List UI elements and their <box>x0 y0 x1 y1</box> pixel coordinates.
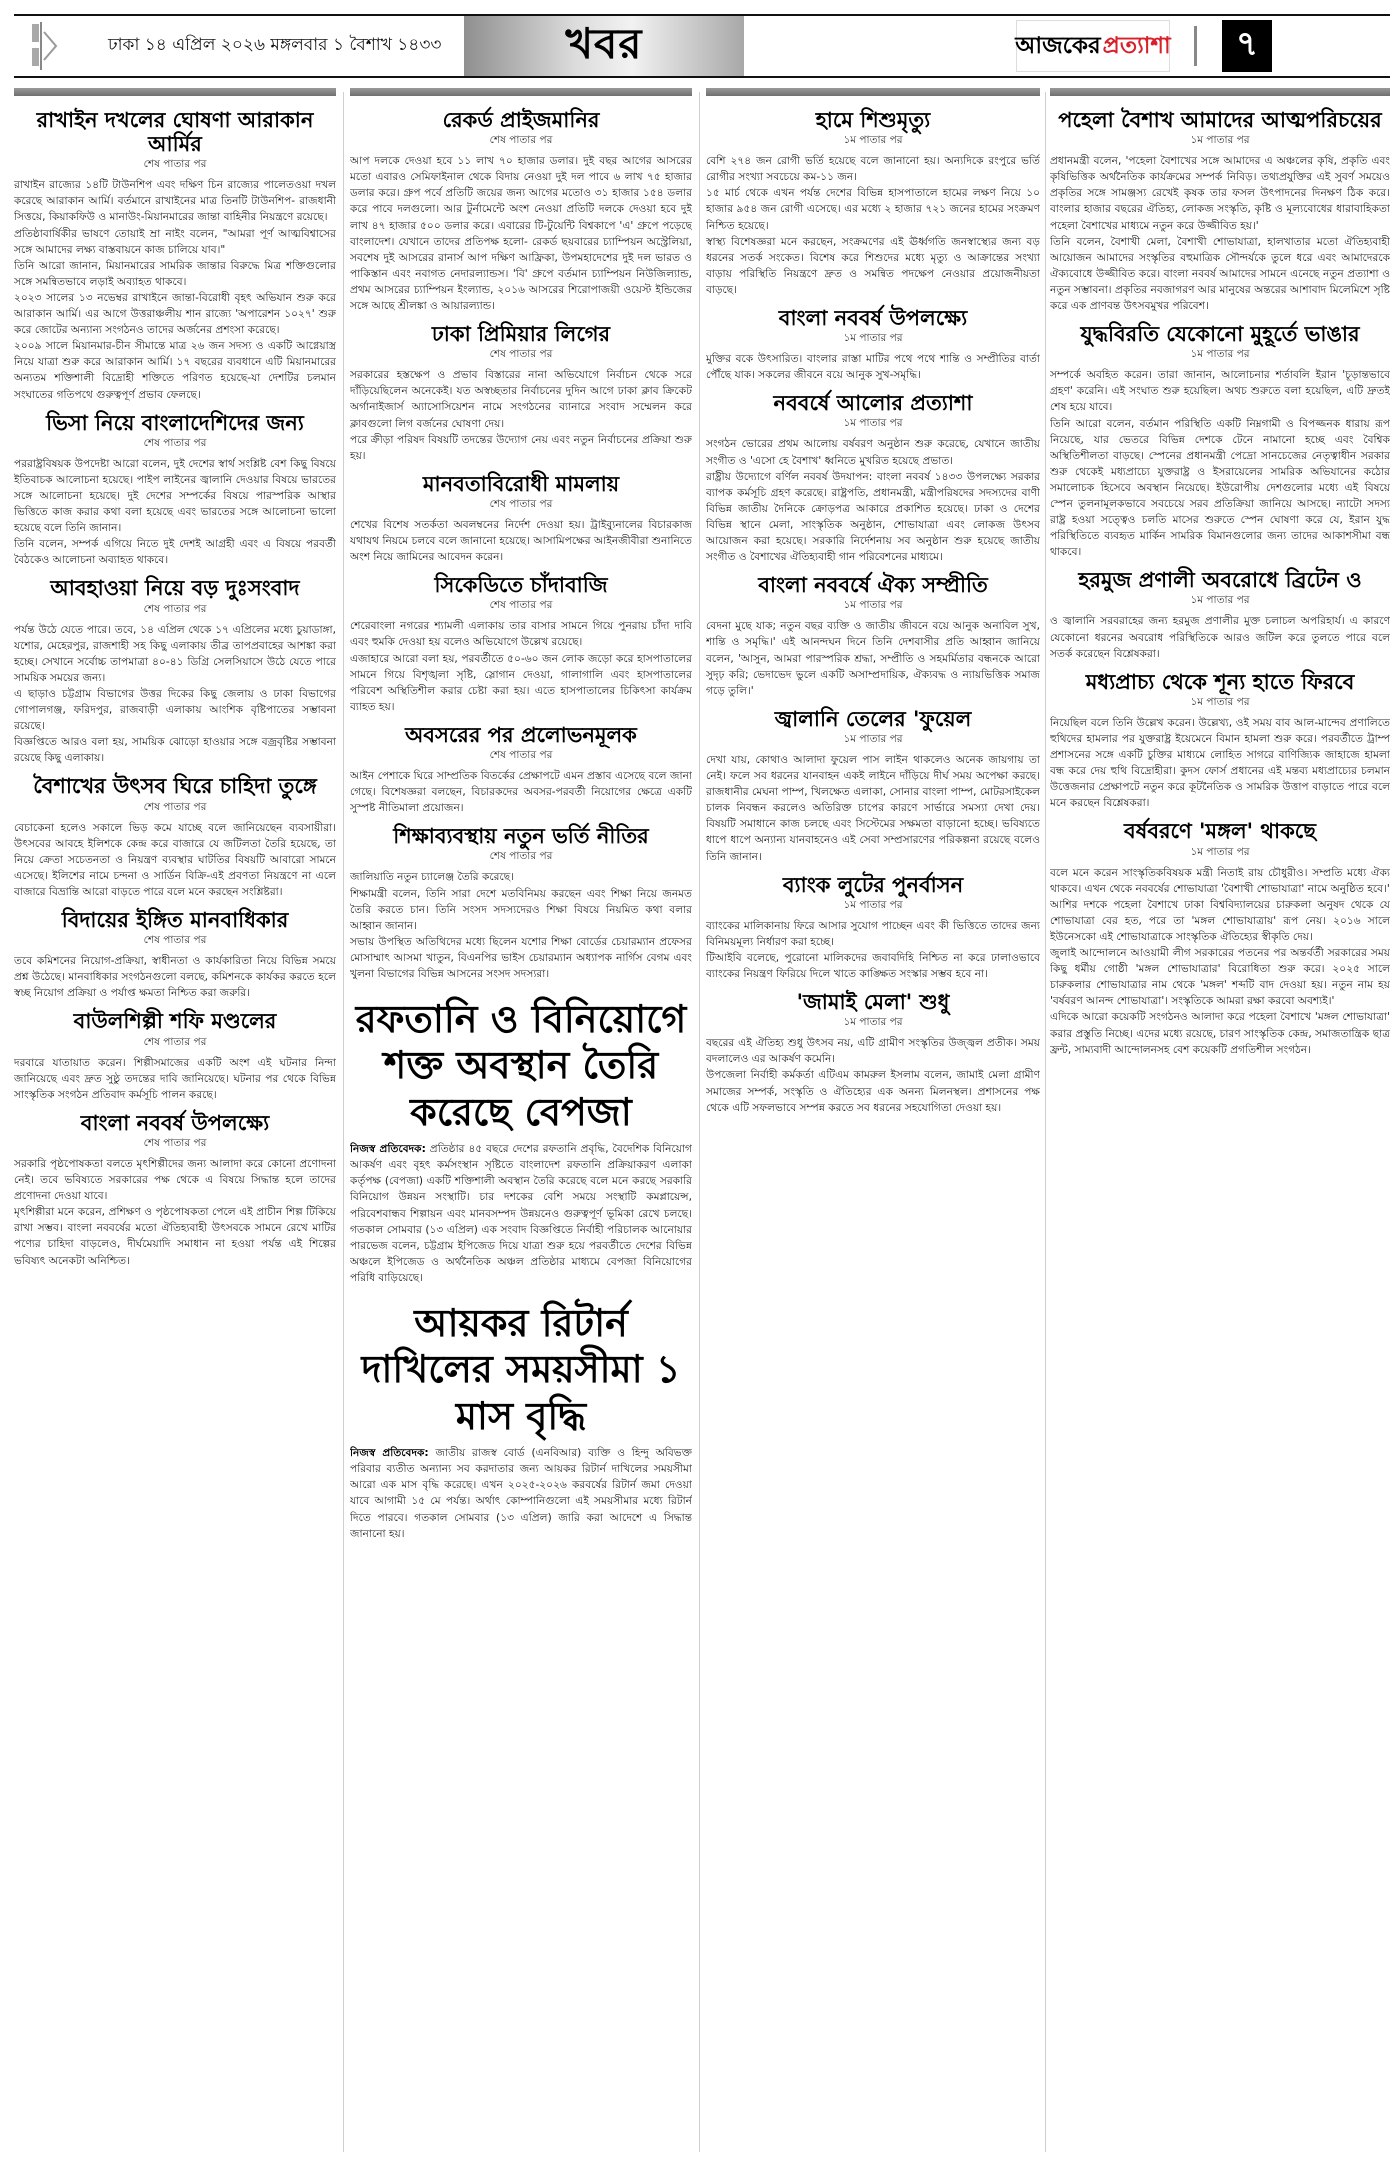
news-story: বাংলা নববর্ষ উপলক্ষ্যেশেষ পাতার পরসরকারি… <box>14 1111 336 1269</box>
story-headline[interactable]: রেকর্ড প্রাইজমানির <box>350 108 692 132</box>
story-paragraph: ২০২৩ সালের ১৩ নভেম্বর রাখাইনে জান্তা-বির… <box>14 290 336 338</box>
story-headline[interactable]: বৈশাখের উৎসব ঘিরে চাহিদা তুঙ্গে <box>14 774 336 798</box>
feature-headline[interactable]: আয়কর রিটার্ন দাখিলের সময়সীমা ১ মাস বৃদ… <box>350 1300 692 1439</box>
story-paragraph: বলে মনে করেন সাংস্কৃতিকবিষয়ক মন্ত্রী নি… <box>1050 865 1390 897</box>
news-story: ঢাকা প্রিমিয়ার লিগেরশেষ পাতার পরসরকারের… <box>350 322 692 464</box>
story-paragraph: বছরের এই ঐতিহ্য শুধু উৎসব নয়, এটি গ্রাম… <box>706 1035 1040 1067</box>
continued-from-label: ১ম পাতার পর <box>1050 133 1390 150</box>
news-story: মধ্যপ্রাচ্য থেকে শূন্য হাতে ফিরবে১ম পাতা… <box>1050 670 1390 812</box>
continued-from-label: ১ম পাতার পর <box>1050 845 1390 862</box>
continued-from-label: শেষ পাতার পর <box>350 133 692 150</box>
news-story: বৈশাখের উৎসব ঘিরে চাহিদা তুঙ্গেশেষ পাতার… <box>14 774 336 900</box>
news-story: যুদ্ধবিরতি যেকোনো মুহূর্তে ভাঙার১ম পাতার… <box>1050 322 1390 560</box>
news-story: বাউলশিল্পী শফি মণ্ডলেরশেষ পাতার পরদরবারে… <box>14 1009 336 1102</box>
news-story: 'জামাই মেলা' শুধু১ম পাতার পরবছরের এই ঐতি… <box>706 990 1040 1116</box>
story-paragraph: রাষ্ট্রীয় উদ্যোগে বর্ণিল নববর্ষ উদযাপন:… <box>706 469 1040 566</box>
story-headline[interactable]: হরমুজ প্রণালী অবরোধে ব্রিটেন ও <box>1050 568 1390 592</box>
story-body: বেদনা মুছে যাক; নতুন বছর ব্যক্তি ও জাতীয… <box>706 618 1040 698</box>
continued-from-label: শেষ পাতার পর <box>14 602 336 619</box>
story-headline[interactable]: ব্যাংক লুটের পুনর্বাসন <box>706 873 1040 897</box>
column-header-bar <box>14 88 336 96</box>
continued-from-label: ১ম পাতার পর <box>1050 695 1390 712</box>
masthead: ঢাকা ১৪ এপ্রিল ২০২৬ মঙ্গলবার ১ বৈশাখ ১৪৩… <box>14 14 1390 78</box>
news-story: বাংলা নববর্ষ উপলক্ষ্যে১ম পাতার পরমুক্তির… <box>706 306 1040 383</box>
story-headline[interactable]: ঢাকা প্রিমিয়ার লিগের <box>350 322 692 346</box>
column-3: হামে শিশুমৃত্যু১ম পাতার পরবেশি ২৭৪ জন রো… <box>706 88 1040 2158</box>
continued-from-label: শেষ পাতার পর <box>14 933 336 950</box>
column-divider <box>1045 92 1046 2152</box>
feature-story: আয়কর রিটার্ন দাখিলের সময়সীমা ১ মাস বৃদ… <box>350 1300 692 1542</box>
story-headline[interactable]: মধ্যপ্রাচ্য থেকে শূন্য হাতে ফিরবে <box>1050 670 1390 694</box>
continued-from-label: ১ম পাতার পর <box>706 1015 1040 1032</box>
news-story: আবহাওয়া নিয়ে বড় দুঃসংবাদশেষ পাতার পরপ… <box>14 576 336 766</box>
story-paragraph: আপ দলকে দেওয়া হবে ১১ লাখ ৭০ হাজার ডলার।… <box>350 153 692 314</box>
column-2: রেকর্ড প্রাইজমানিরশেষ পাতার পরআপ দলকে দে… <box>350 88 692 2158</box>
logo-text-part1: আজকের <box>1015 27 1100 66</box>
story-headline[interactable]: জ্বালানি তেলের 'ফুয়েল <box>706 707 1040 731</box>
story-headline[interactable]: বাংলা নববর্ষ উপলক্ষ্যে <box>14 1111 336 1135</box>
continued-from-label: শেষ পাতার পর <box>14 800 336 817</box>
story-paragraph: তিনি বলেন, বৈশাখী মেলা, বৈশাখী শোভাযাত্র… <box>1050 234 1390 314</box>
story-headline[interactable]: শিক্ষাব্যবস্থায় নতুন ভর্তি নীতির <box>350 824 692 848</box>
masthead-divider <box>1194 26 1197 66</box>
news-story: বর্ষবরণে 'মঙ্গল' থাকছে১ম পাতার পরবলে মনে… <box>1050 819 1390 1057</box>
story-paragraph: মুক্তির বকে উৎসারিত। বাংলার রাস্তা মাটির… <box>706 351 1040 383</box>
story-body: নিয়েছিল বলে তিনি উল্লেখ করেন। উল্লেখ্য,… <box>1050 715 1390 812</box>
story-paragraph: ১৫ মার্চ থেকে এখন পর্যন্ত দেশের বিভিন্ন … <box>706 185 1040 233</box>
story-body: সম্পর্কে অবহিত করেন। তারা জানান, আলোচনার… <box>1050 367 1390 560</box>
story-paragraph: নিজস্ব প্রতিবেদক: প্রতিষ্ঠার ৪৫ বছরে দেশ… <box>350 1141 692 1286</box>
story-paragraph: জালিয়াতি নতুন চ্যালেঞ্জ তৈরি করেছে। <box>350 869 692 885</box>
section-banner: খবর <box>464 16 744 76</box>
story-headline[interactable]: বাংলা নববর্ষে ঐক্য সম্প্রীতি <box>706 573 1040 597</box>
continued-from-label: ১ম পাতার পর <box>706 416 1040 433</box>
feature-story: রফতানি ও বিনিয়োগে শক্ত অবস্থান তৈরি করে… <box>350 996 692 1286</box>
column-header-bar <box>706 88 1040 96</box>
continued-from-label: শেষ পাতার পর <box>350 849 692 866</box>
news-story: বিদায়ের ইঙ্গিত মানবাধিকারশেষ পাতার পরতব… <box>14 908 336 1001</box>
story-body: ও জ্বালানি সরবরাহের জন্য হরমুজ প্রণালীর … <box>1050 613 1390 661</box>
story-body: বেশি ২৭৪ জন রোগী ভর্তি হয়েছে বলে জানানো… <box>706 153 1040 298</box>
continued-from-label: ১ম পাতার পর <box>706 331 1040 348</box>
story-body: আইন পেশাকে ঘিরে সাম্প্রতিক বিতর্কের প্রে… <box>350 768 692 816</box>
news-story: রাখাইন দখলের ঘোষণা আরাকান আর্মিরশেষ পাতা… <box>14 108 336 403</box>
story-headline[interactable]: বর্ষবরণে 'মঙ্গল' থাকছে <box>1050 819 1390 843</box>
news-story: বাংলা নববর্ষে ঐক্য সম্প্রীতি১ম পাতার পরব… <box>706 573 1040 699</box>
feature-headline[interactable]: রফতানি ও বিনিয়োগে শক্ত অবস্থান তৈরি করে… <box>350 996 692 1135</box>
column-header-bar <box>350 88 692 96</box>
story-headline[interactable]: রাখাইন দখলের ঘোষণা আরাকান আর্মির <box>14 108 336 156</box>
story-body: বেচাকেনা হলেও সকালে ভিড় কমে যাচ্ছে বলে … <box>14 820 336 900</box>
story-paragraph: ২০০৯ সালে মিয়ানমার-চীন সীমান্তে মাত্র ২… <box>14 338 336 402</box>
story-headline[interactable]: আবহাওয়া নিয়ে বড় দুঃসংবাদ <box>14 576 336 600</box>
story-paragraph: তিনি আরো বলেন, বর্তমান পরিস্থিতি একটি নি… <box>1050 416 1390 561</box>
story-body: মুক্তির বকে উৎসারিত। বাংলার রাস্তা মাটির… <box>706 351 1040 383</box>
continued-from-label: ১ম পাতার পর <box>706 598 1040 615</box>
story-body: রাখাইন রাজ্যের ১৪টি টাউনশিপ এবং দক্ষিণ চ… <box>14 177 336 402</box>
story-body: পররাষ্ট্রবিষয়ক উপদেষ্টা আরো বলেন, দুই দ… <box>14 456 336 569</box>
news-story: ব্যাংক লুটের পুনর্বাসন১ম পাতার পরব্যাংকে… <box>706 873 1040 983</box>
column-divider <box>699 92 700 2152</box>
news-story: হরমুজ প্রণালী অবরোধে ব্রিটেন ও১ম পাতার প… <box>1050 568 1390 661</box>
story-headline[interactable]: নববর্ষে আলোর প্রত্যাশা <box>706 391 1040 415</box>
page-number: ৭ <box>1222 20 1272 72</box>
news-story: মানবতাবিরোধী মামলায়শেষ পাতার পরশেখের বি… <box>350 472 692 565</box>
story-headline[interactable]: বিদায়ের ইঙ্গিত মানবাধিকার <box>14 908 336 932</box>
news-story: শিক্ষাব্যবস্থায় নতুন ভর্তি নীতিরশেষ পাত… <box>350 824 692 982</box>
news-story: জ্বালানি তেলের 'ফুয়েল১ম পাতার পরদেখা যা… <box>706 707 1040 865</box>
story-body: তবে কমিশনের নিয়োগ-প্রক্রিয়া, স্বাধীনতা… <box>14 953 336 1001</box>
story-body: পর্যন্ত উঠে যেতে পারে। তবে, ১৪ এপ্রিল থে… <box>14 622 336 767</box>
story-body: সরকারের হস্তক্ষেপ ও প্রভাব বিস্তারের নান… <box>350 367 692 464</box>
story-paragraph: তবে কমিশনের নিয়োগ-প্রক্রিয়া, স্বাধীনতা… <box>14 953 336 1001</box>
arrow-icon <box>26 20 68 72</box>
story-paragraph: নিয়েছিল বলে তিনি উল্লেখ করেন। উল্লেখ্য,… <box>1050 715 1390 812</box>
story-body: নিজস্ব প্রতিবেদক: প্রতিষ্ঠার ৪৫ বছরে দেশ… <box>350 1141 692 1286</box>
continued-from-label: শেষ পাতার পর <box>14 1035 336 1052</box>
story-paragraph: বেচাকেনা হলেও সকালে ভিড় কমে যাচ্ছে বলে … <box>14 820 336 900</box>
story-paragraph: এদিকে আরো কয়েকটি সংগঠনও আলাদা করে পহেলা… <box>1050 1009 1390 1057</box>
story-headline[interactable]: পহেলা বৈশাখ আমাদের আত্মপরিচয়ের <box>1050 108 1390 132</box>
newspaper-logo[interactable]: আজকের প্রত্যাশা <box>1016 20 1170 72</box>
story-body: শেখের বিশেষ সতর্কতা অবলম্বনের নির্দেশ দে… <box>350 517 692 565</box>
story-paragraph: টিআইবি বলেছে, পুরোনো মালিকদের জবাবদিহি ন… <box>706 950 1040 982</box>
story-paragraph: নিজস্ব প্রতিবেদক: জাতীয় রাজস্ব বোর্ড (এ… <box>350 1445 692 1542</box>
story-paragraph: সরকারের হস্তক্ষেপ ও প্রভাব বিস্তারের নান… <box>350 367 692 431</box>
story-body: বলে মনে করেন সাংস্কৃতিকবিষয়ক মন্ত্রী নি… <box>1050 865 1390 1058</box>
story-body: দরবারে যাতায়াত করেন। শিল্পীসমাজের একটি … <box>14 1055 336 1103</box>
paragraph-text: প্রতিষ্ঠার ৪৫ বছরে দেশের রফতানি প্রবৃদ্ধ… <box>350 1143 692 1284</box>
story-headline[interactable]: বাউলশিল্পী শফি মণ্ডলের <box>14 1009 336 1033</box>
continued-from-label: শেষ পাতার পর <box>350 748 692 765</box>
continued-from-label: শেষ পাতার পর <box>14 1136 336 1153</box>
continued-from-label: শেষ পাতার পর <box>350 347 692 364</box>
story-paragraph: সম্পর্কে অবহিত করেন। তারা জানান, আলোচনার… <box>1050 367 1390 415</box>
news-story: পহেলা বৈশাখ আমাদের আত্মপরিচয়ের১ম পাতার … <box>1050 108 1390 314</box>
story-headline[interactable]: অবসরের পর প্রলোভনমূলক <box>350 723 692 747</box>
news-story: সিকেডিতে চাঁদাবাজিশেষ পাতার পরশেরেবাংলা … <box>350 573 692 715</box>
story-paragraph: রাখাইন রাজ্যের ১৪টি টাউনশিপ এবং দক্ষিণ চ… <box>14 177 336 225</box>
story-paragraph: বিজ্ঞপ্তিতে আরও বলা হয়, সাময়িক ঝোড়ো হ… <box>14 734 336 766</box>
continued-from-label: শেষ পাতার পর <box>350 497 692 514</box>
story-body: নিজস্ব প্রতিবেদক: জাতীয় রাজস্ব বোর্ড (এ… <box>350 1445 692 1542</box>
story-body: আপ দলকে দেওয়া হবে ১১ লাখ ৭০ হাজার ডলার।… <box>350 153 692 314</box>
column-divider <box>343 92 344 2152</box>
story-headline[interactable]: 'জামাই মেলা' শুধু <box>706 990 1040 1014</box>
story-paragraph: প্রতিষ্ঠাবার্ষিকীর ভাষণে তোয়াই ম্রা নাই… <box>14 226 336 258</box>
byline: নিজস্ব প্রতিবেদক: <box>350 1447 429 1459</box>
continued-from-label: ১ম পাতার পর <box>706 133 1040 150</box>
story-paragraph: এ ছাড়াও চট্টগ্রাম বিভাগের উত্তর দিকের ক… <box>14 686 336 734</box>
column-4: পহেলা বৈশাখ আমাদের আত্মপরিচয়ের১ম পাতার … <box>1050 88 1390 2158</box>
news-story: হামে শিশুমৃত্যু১ম পাতার পরবেশি ২৭৪ জন রো… <box>706 108 1040 298</box>
story-paragraph: বেদনা মুছে যাক; নতুন বছর ব্যক্তি ও জাতীয… <box>706 618 1040 698</box>
story-paragraph: এজাহারে আরো বলা হয়, পরবর্তীতে ৫০-৬০ জন … <box>350 651 692 715</box>
continued-from-label: ১ম পাতার পর <box>1050 593 1390 610</box>
continued-from-label: ১ম পাতার পর <box>1050 347 1390 364</box>
story-paragraph: তিনি বলেন, সম্পর্ক এগিয়ে নিতে দুই দেশই … <box>14 536 336 568</box>
story-body: সরকারি পৃষ্ঠপোষকতা বলতে মৃৎশিল্পীদের জন্… <box>14 1156 336 1269</box>
story-paragraph: মৃৎশিল্পীরা মনে করেন, প্রশিক্ষণ ও পৃষ্ঠপ… <box>14 1204 336 1268</box>
story-paragraph: উপজেলা নির্বাহী কর্মকর্তা এটিএম কামরুল ই… <box>706 1067 1040 1115</box>
story-paragraph: সংগঠন ভোরের প্রথম আলোয় বর্ষবরণ অনুষ্ঠান… <box>706 436 1040 468</box>
story-paragraph: প্রধানমন্ত্রী বলেন, 'পহেলা বৈশাখের সঙ্গে… <box>1050 153 1390 233</box>
story-headline[interactable]: হামে শিশুমৃত্যু <box>706 108 1040 132</box>
story-paragraph: স্বাস্থ্য বিশেষজ্ঞরা মনে করছেন, সংক্রমণে… <box>706 234 1040 298</box>
story-body: ব্যাংকের মালিকানায় ফিরে আসার সুযোগ পাচ্… <box>706 918 1040 982</box>
story-paragraph: ব্যাংকের মালিকানায় ফিরে আসার সুযোগ পাচ্… <box>706 918 1040 950</box>
story-paragraph: ও জ্বালানি সরবরাহের জন্য হরমুজ প্রণালীর … <box>1050 613 1390 661</box>
story-body: দেখা যায়, কোথাও আলাদা ফুয়েল পাস লাইন থ… <box>706 752 1040 865</box>
story-paragraph: শেখের বিশেষ সতর্কতা অবলম্বনের নির্দেশ দে… <box>350 517 692 565</box>
continued-from-label: ১ম পাতার পর <box>706 732 1040 749</box>
story-body: শেরেবাংলা নগরের শ্যামলী এলাকায় তার বাসা… <box>350 618 692 715</box>
story-headline[interactable]: যুদ্ধবিরতি যেকোনো মুহূর্তে ভাঙার <box>1050 322 1390 346</box>
story-headline[interactable]: সিকেডিতে চাঁদাবাজি <box>350 573 692 597</box>
story-paragraph: আশির দশকে পহেলা বৈশাখে ঢাকা বিশ্ববিদ্যাল… <box>1050 897 1390 945</box>
story-paragraph: তিনি আরো জানান, মিয়ানমারের সামরিক জান্ত… <box>14 258 336 290</box>
story-paragraph: বেশি ২৭৪ জন রোগী ভর্তি হয়েছে বলে জানানো… <box>706 153 1040 185</box>
story-paragraph: সভায় উপস্থিত অতিথিদের মধ্যে ছিলেন যশোর … <box>350 934 692 982</box>
story-paragraph: পররাষ্ট্রবিষয়ক উপদেষ্টা আরো বলেন, দুই দ… <box>14 456 336 536</box>
story-paragraph: জুলাই আন্দোলনে আওয়ামী লীগ সরকারের পতনের… <box>1050 945 1390 1009</box>
paragraph-text: জাতীয় রাজস্ব বোর্ড (এনবিআর) ব্যক্তি ও হ… <box>350 1447 692 1539</box>
story-paragraph: পর্যন্ত উঠে যেতে পারে। তবে, ১৪ এপ্রিল থে… <box>14 622 336 686</box>
story-paragraph: শিক্ষামন্ত্রী বলেন, তিনি সারা দেশে মতবিন… <box>350 886 692 934</box>
story-paragraph: আইন পেশাকে ঘিরে সাম্প্রতিক বিতর্কের প্রে… <box>350 768 692 816</box>
story-body: প্রধানমন্ত্রী বলেন, 'পহেলা বৈশাখের সঙ্গে… <box>1050 153 1390 314</box>
story-paragraph: সরকারি পৃষ্ঠপোষকতা বলতে মৃৎশিল্পীদের জন্… <box>14 1156 336 1204</box>
story-paragraph: দরবারে যাতায়াত করেন। শিল্পীসমাজের একটি … <box>14 1055 336 1103</box>
story-headline[interactable]: ভিসা নিয়ে বাংলাদেশিদের জন্য <box>14 411 336 435</box>
story-body: জালিয়াতি নতুন চ্যালেঞ্জ তৈরি করেছে।শিক্… <box>350 869 692 982</box>
continued-from-label: শেষ পাতার পর <box>14 157 336 174</box>
story-paragraph: পরে ক্রীড়া পরিষদ বিষয়টি তদন্তের উদ্যোগ… <box>350 432 692 464</box>
column-1: রাখাইন দখলের ঘোষণা আরাকান আর্মিরশেষ পাতা… <box>14 88 336 2158</box>
story-paragraph: দেখা যায়, কোথাও আলাদা ফুয়েল পাস লাইন থ… <box>706 752 1040 865</box>
story-body: সংগঠন ভোরের প্রথম আলোয় বর্ষবরণ অনুষ্ঠান… <box>706 436 1040 565</box>
story-body: বছরের এই ঐতিহ্য শুধু উৎসব নয়, এটি গ্রাম… <box>706 1035 1040 1115</box>
continued-from-label: শেষ পাতার পর <box>350 598 692 615</box>
news-story: নববর্ষে আলোর প্রত্যাশা১ম পাতার পরসংগঠন ভ… <box>706 391 1040 565</box>
story-paragraph: শেরেবাংলা নগরের শ্যামলী এলাকায় তার বাসা… <box>350 618 692 650</box>
date-line: ঢাকা ১৪ এপ্রিল ২০২৬ মঙ্গলবার ১ বৈশাখ ১৪৩… <box>108 32 498 60</box>
logo-text-part2: প্রত্যাশা <box>1103 27 1171 66</box>
news-story: রেকর্ড প্রাইজমানিরশেষ পাতার পরআপ দলকে দে… <box>350 108 692 314</box>
byline: নিজস্ব প্রতিবেদক: <box>350 1143 426 1155</box>
column-header-bar <box>1050 88 1390 96</box>
story-headline[interactable]: বাংলা নববর্ষ উপলক্ষ্যে <box>706 306 1040 330</box>
news-story: ভিসা নিয়ে বাংলাদেশিদের জন্যশেষ পাতার পর… <box>14 411 336 569</box>
section-title: খবর <box>565 11 642 82</box>
continued-from-label: শেষ পাতার পর <box>14 436 336 453</box>
continued-from-label: ১ম পাতার পর <box>706 898 1040 915</box>
story-headline[interactable]: মানবতাবিরোধী মামলায় <box>350 472 692 496</box>
news-story: অবসরের পর প্রলোভনমূলকশেষ পাতার পরআইন পেশ… <box>350 723 692 816</box>
